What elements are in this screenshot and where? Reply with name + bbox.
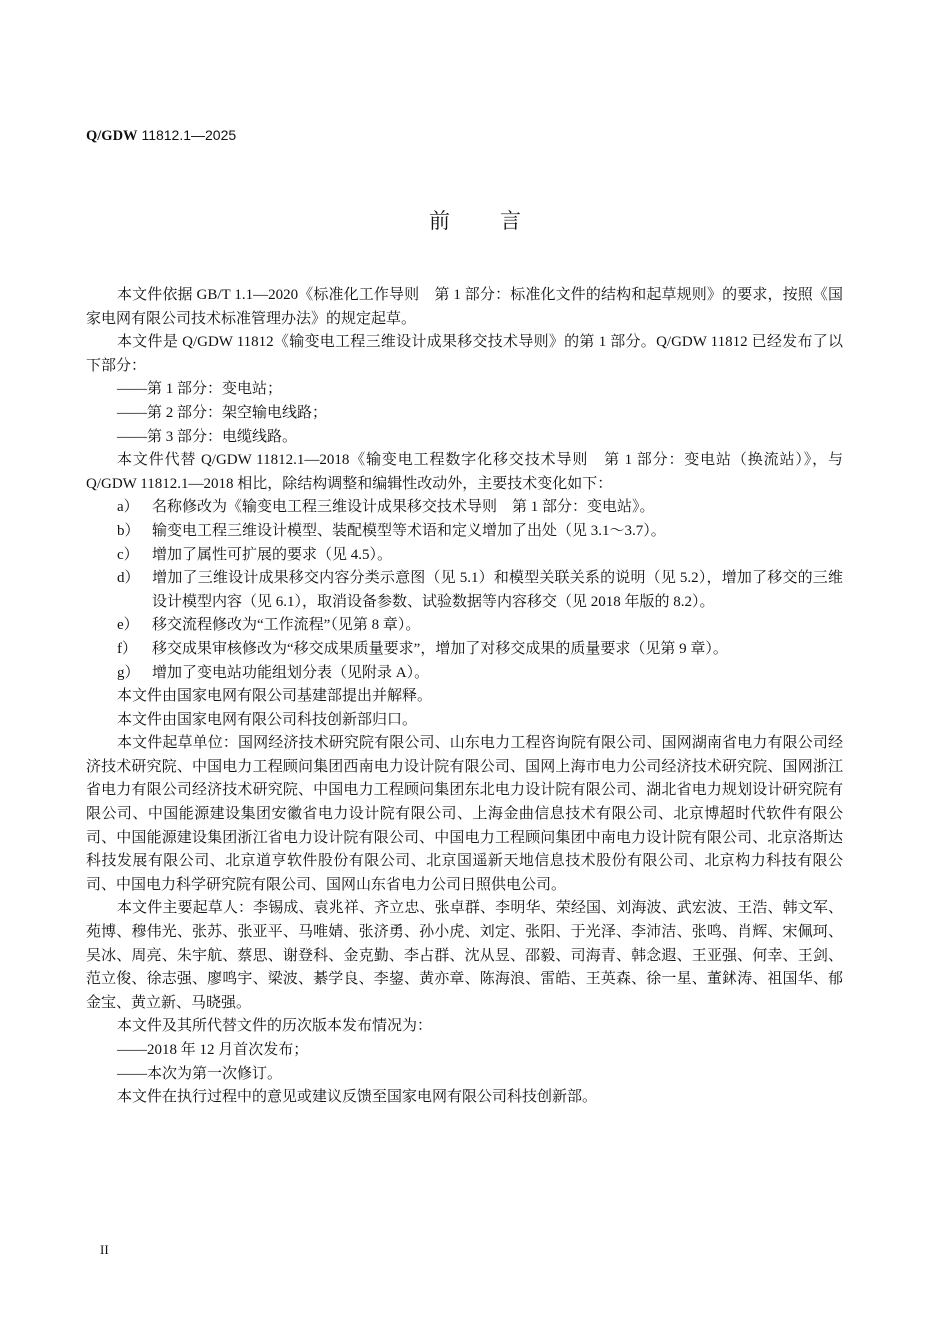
change-text: 增加了属性可扩展的要求（见 4.5）。 xyxy=(152,547,392,563)
document-page: Q/GDW 11812.1—2025 前言 本文件依据 GB/T 1.1—202… xyxy=(0,0,950,1344)
history-list-item: ——2018 年 12 月首次发布； xyxy=(86,1039,843,1063)
change-item: e）移交流程修改为“工作流程”（见第 8 章）。 xyxy=(86,614,843,638)
part-list-item: ——第 2 部分：架空输电线路； xyxy=(86,402,843,426)
change-text: 增加了变电站功能组划分表（见附录 A）。 xyxy=(152,665,429,681)
change-item: c）增加了属性可扩展的要求（见 4.5）。 xyxy=(86,544,843,568)
change-item: f）移交成果审核修改为“移交成果质量要求”，增加了对移交成果的质量要求（见第 9… xyxy=(86,638,843,662)
paragraph-series: 本文件是 Q/GDW 11812《输变电工程三维设计成果移交技术导则》的第 1 … xyxy=(86,331,843,378)
standard-code-header: Q/GDW 11812.1—2025 xyxy=(86,126,236,146)
change-item: b）输变电工程三维设计模型、装配模型等术语和定义增加了出处（见 3.1～3.7）… xyxy=(86,520,843,544)
change-text: 移交成果审核修改为“移交成果质量要求”，增加了对移交成果的质量要求（见第 9 章… xyxy=(152,641,728,657)
change-text: 输变电工程三维设计模型、装配模型等术语和定义增加了出处（见 3.1～3.7）。 xyxy=(152,523,666,539)
change-label: c） xyxy=(117,544,152,568)
change-item: g）增加了变电站功能组划分表（见附录 A）。 xyxy=(86,662,843,686)
change-text: 名称修改为《输变电工程三维设计成果移交技术导则 第 1 部分：变电站》。 xyxy=(152,499,655,515)
paragraph-drafting-units: 本文件起草单位：国网经济技术研究院有限公司、山东电力工程咨询院有限公司、国网湖南… xyxy=(86,732,843,897)
change-text: 移交流程修改为“工作流程”（见第 8 章）。 xyxy=(152,617,420,633)
page-title: 前言 xyxy=(0,206,950,236)
history-list-item: ——本次为第一次修订。 xyxy=(86,1063,843,1087)
paragraph-drafters: 本文件主要起草人：李锡成、袁兆祥、齐立忠、张卓群、李明华、荣经国、刘海波、武宏波… xyxy=(86,897,843,1015)
standard-code-prefix: Q/GDW xyxy=(86,128,138,144)
change-label: e） xyxy=(117,614,152,638)
standard-code-number: 11812.1—2025 xyxy=(138,127,237,143)
change-text: 增加了三维设计成果移交内容分类示意图（见 5.1）和模型关联关系的说明（见 5.… xyxy=(152,570,843,610)
paragraph-proposer: 本文件由国家电网有限公司基建部提出并解释。 xyxy=(86,685,843,709)
part-list-item: ——第 1 部分：变电站； xyxy=(86,378,843,402)
paragraph-feedback: 本文件在执行过程中的意见或建议反馈至国家电网有限公司科技创新部。 xyxy=(86,1086,843,1110)
change-label: a） xyxy=(117,496,152,520)
paragraph-basis: 本文件依据 GB/T 1.1—2020《标准化工作导则 第 1 部分：标准化文件… xyxy=(86,284,843,331)
change-item: d）增加了三维设计成果移交内容分类示意图（见 5.1）和模型关联关系的说明（见 … xyxy=(86,567,843,614)
part-list-item: ——第 3 部分：电缆线路。 xyxy=(86,426,843,450)
change-label: f） xyxy=(117,638,152,662)
change-label: b） xyxy=(117,520,152,544)
change-item: a）名称修改为《输变电工程三维设计成果移交技术导则 第 1 部分：变电站》。 xyxy=(86,496,843,520)
change-label: d） xyxy=(117,567,152,591)
paragraph-replaces: 本文件代替 Q/GDW 11812.1—2018《输变电工程数字化移交技术导则 … xyxy=(86,449,843,496)
paragraph-history-intro: 本文件及其所代替文件的历次版本发布情况为： xyxy=(86,1015,843,1039)
page-number: II xyxy=(100,1242,109,1258)
change-label: g） xyxy=(117,662,152,686)
paragraph-centralizer: 本文件由国家电网有限公司科技创新部归口。 xyxy=(86,709,843,733)
foreword-body: 本文件依据 GB/T 1.1—2020《标准化工作导则 第 1 部分：标准化文件… xyxy=(86,284,843,1110)
